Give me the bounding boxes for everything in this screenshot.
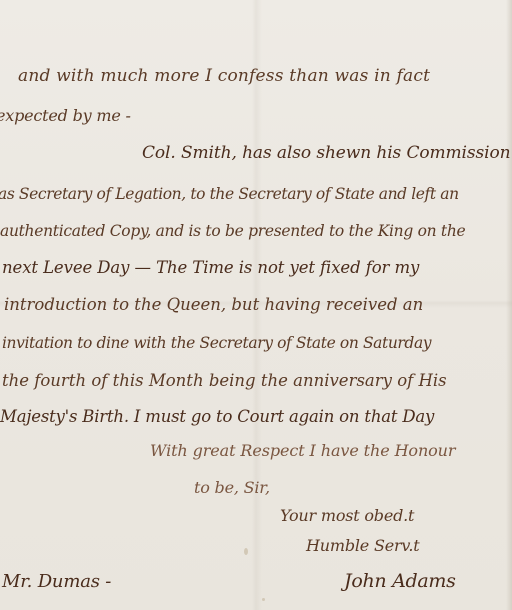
letter-body-line-9: the fourth of this Month being the anniv… <box>2 371 447 390</box>
letter-body-line-4: as Secretary of Legation, to the Secreta… <box>0 185 459 203</box>
signature: John Adams <box>344 570 456 592</box>
letter-body-line-8: invitation to dine with the Secretary of… <box>2 334 431 352</box>
closing-line-1: With great Respect I have the Honour <box>150 441 455 460</box>
letter-body-line-3: Col. Smith, has also shewn his Commissio… <box>142 143 510 163</box>
paper-stain <box>244 548 248 555</box>
addressee: Mr. Dumas - <box>2 571 111 592</box>
closing-line-4: Humble Serv.t <box>306 536 419 555</box>
paper-stain <box>262 598 265 601</box>
letter-body-line-5: authenticated Copy, and is to be present… <box>0 222 465 240</box>
letter-body-line-6: next Levee Day — The Time is not yet fix… <box>2 258 419 277</box>
closing-line-2: to be, Sir, <box>194 478 270 497</box>
letter-body-line-10: Majesty's Birth. I must go to Court agai… <box>0 407 434 426</box>
letter-body-line-1: and with much more I confess than was in… <box>18 66 430 86</box>
paper-edge <box>506 0 512 610</box>
closing-line-3: Your most obed.t <box>280 506 414 525</box>
letter-body-line-7: introduction to the Queen, but having re… <box>4 295 423 314</box>
letter-body-line-2: expected by me - <box>0 106 131 125</box>
letter-page: and with much more I confess than was in… <box>0 0 512 610</box>
